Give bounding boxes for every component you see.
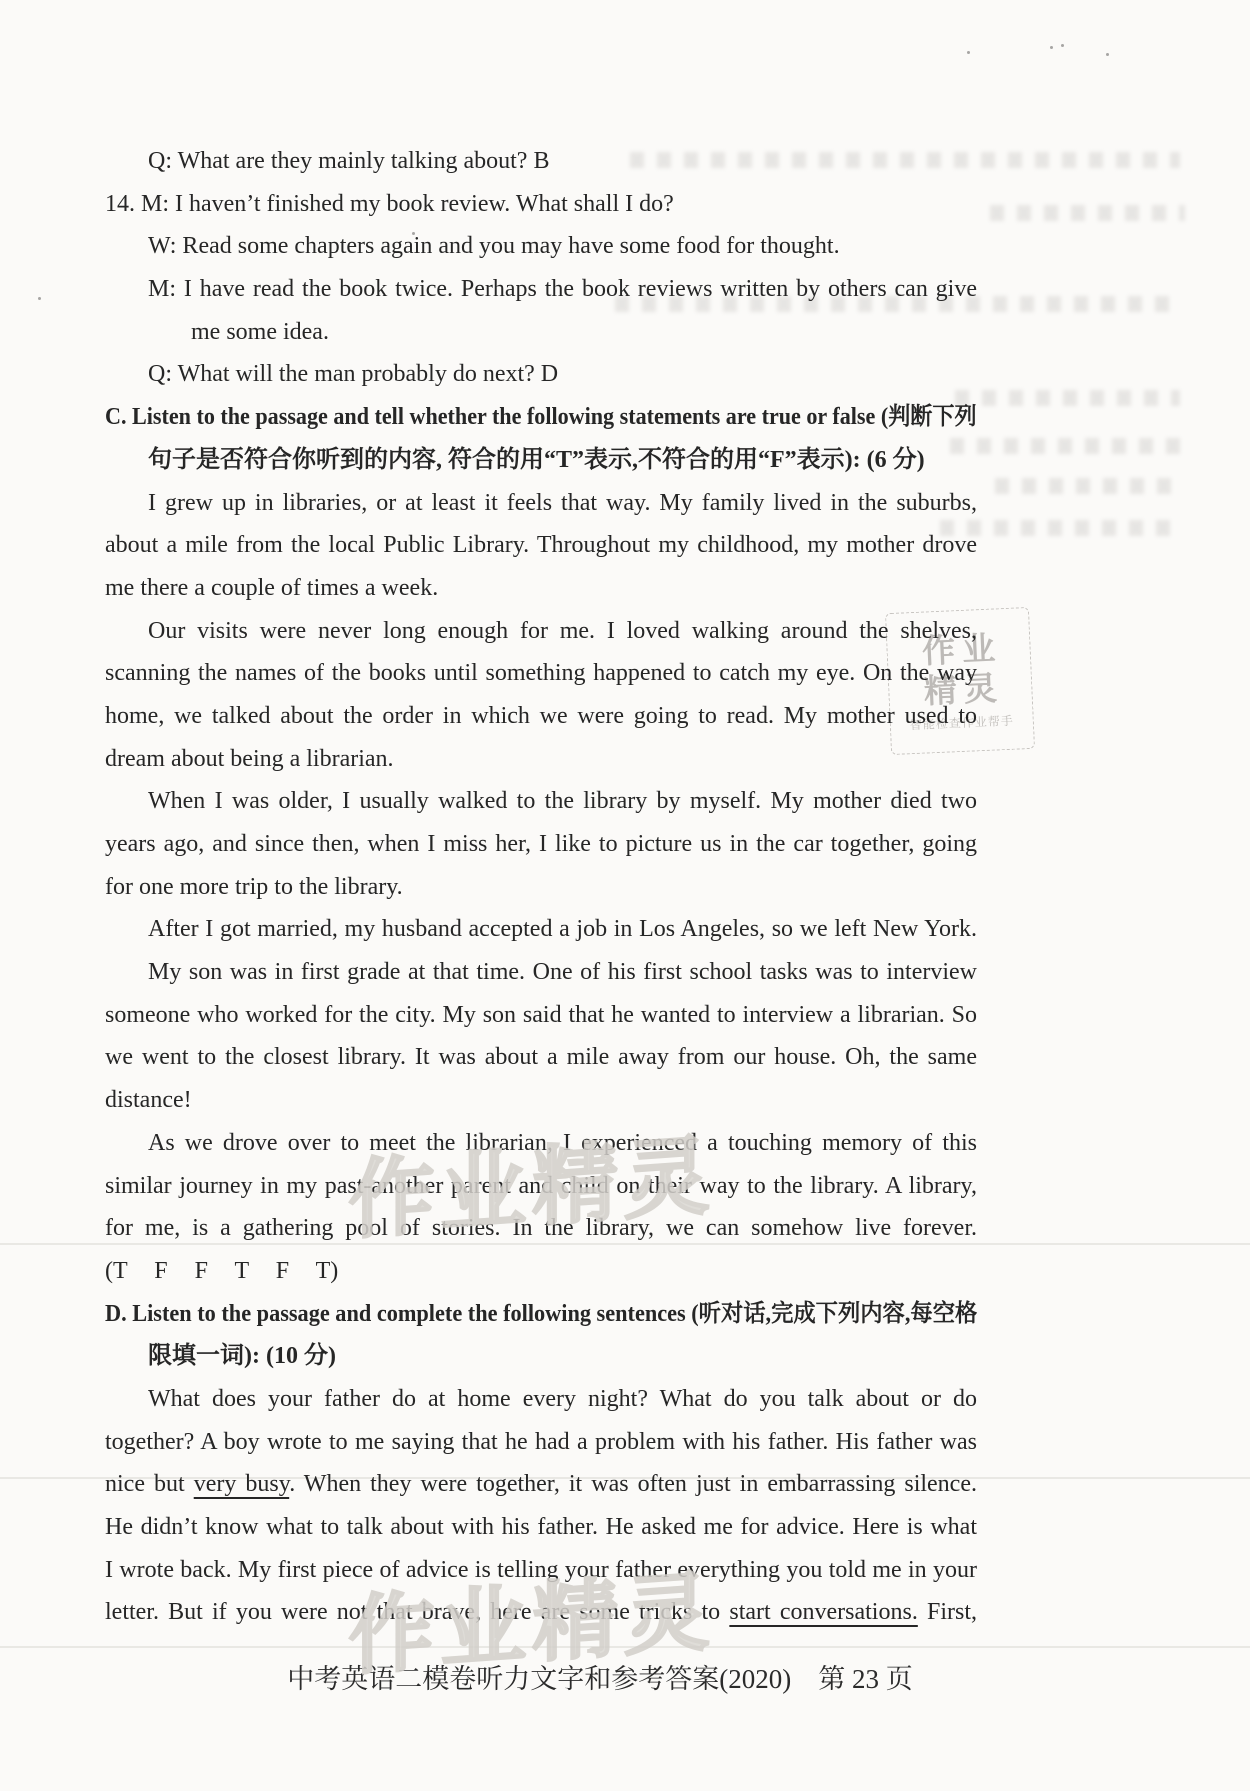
passage-text: letter. But if you were not that brave, … — [105, 1599, 729, 1625]
bleed-through-smudge — [990, 205, 1185, 221]
dialogue-line: W: Read some chapters again and you may … — [105, 225, 977, 268]
scan-artifact-line — [0, 1646, 1250, 1648]
passage-line: about a mile from the local Public Libra… — [105, 524, 977, 567]
section-d-heading-line: D. Listen to the passage and complete th… — [105, 1293, 915, 1336]
passage-line: for me, is a gathering pool of stories. … — [105, 1207, 977, 1250]
passage-line: What does your father do at home every n… — [105, 1378, 977, 1421]
passage-line: we went to the closest library. It was a… — [105, 1036, 977, 1079]
passage-line: After I got married, my husband accepted… — [105, 908, 977, 951]
bleed-through-smudge — [950, 438, 1180, 454]
section-c-heading-line: 句子是否符合你听到的内容, 符合的用“T”表示,不符合的用“F”表示): (6 … — [105, 439, 977, 482]
dialogue-line: M: I have read the book twice. Perhaps t… — [105, 268, 977, 311]
paper-speck — [38, 297, 41, 300]
passage-line: letter. But if you were not that brave, … — [105, 1591, 977, 1634]
underlined-phrase: start conversations. — [729, 1599, 917, 1625]
passage-line: someone who worked for the city. My son … — [105, 994, 977, 1037]
dialogue-line: Q: What will the man probably do next? D — [105, 353, 977, 396]
section-c-heading-line: C. Listen to the passage and tell whethe… — [105, 396, 908, 439]
passage-line: years ago, and since then, when I miss h… — [105, 823, 977, 866]
page-footer: 中考英语二模卷听力文字和参考答案(2020) 第 23 页 — [0, 1657, 1200, 1696]
passage-line: for one more trip to the library. — [105, 866, 977, 909]
paper-speck — [967, 51, 970, 54]
passage-line: As we drove over to meet the librarian, … — [105, 1122, 977, 1165]
dialogue-line: me some idea. — [105, 311, 977, 354]
transcript-body: Q: What are they mainly talking about? B… — [105, 140, 977, 1634]
passage-line: nice but very busy. When they were toget… — [105, 1463, 977, 1506]
underlined-phrase: very busy — [194, 1471, 289, 1497]
dialogue-line: Q: What are they mainly talking about? B — [105, 140, 977, 183]
passage-line: He didn’t know what to talk about with h… — [105, 1506, 977, 1549]
passage-line: me there a couple of times a week. — [105, 567, 977, 610]
passage-line: I wrote back. My first piece of advice i… — [105, 1549, 977, 1592]
answers-line: (T F F T F T) — [105, 1250, 977, 1293]
paper-speck — [1106, 53, 1109, 56]
section-d-heading-line: 限填一词): (10 分) — [105, 1335, 977, 1378]
passage-line: My son was in first grade at that time. … — [105, 951, 977, 994]
passage-line: Our visits were never long enough for me… — [105, 610, 977, 653]
passage-line: scanning the names of the books until so… — [105, 652, 977, 695]
passage-line: When I was older, I usually walked to th… — [105, 780, 977, 823]
bleed-through-smudge — [995, 478, 1180, 494]
bleed-through-smudge — [955, 390, 1180, 406]
passage-line: together? A boy wrote to me saying that … — [105, 1421, 977, 1464]
dialogue-line: 14. M: I haven’t finished my book review… — [105, 183, 977, 226]
document-page: 作业 精灵 智能检查作业帮手 作业精灵 作业精灵 Q: What are the… — [0, 0, 1250, 1791]
passage-line: home, we talked about the order in which… — [105, 695, 977, 738]
passage-line: distance! — [105, 1079, 977, 1122]
passage-line: I grew up in libraries, or at least it f… — [105, 482, 977, 525]
passage-text: . When they were together, it was often … — [289, 1471, 977, 1497]
passage-text: nice but — [105, 1471, 194, 1497]
paper-speck — [1061, 44, 1064, 47]
passage-line: similar journey in my past-another paren… — [105, 1165, 977, 1208]
passage-line: dream about being a librarian. — [105, 738, 977, 781]
passage-text: First, — [918, 1599, 977, 1625]
paper-speck — [1050, 46, 1053, 49]
